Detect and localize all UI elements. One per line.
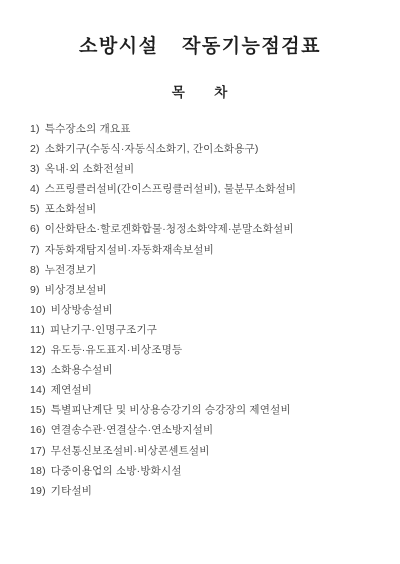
toc-item: 16)연결송수관·연결살수·연소방지설비 <box>30 420 400 440</box>
document-title: 소방시설 작동기능점검표 <box>0 0 400 58</box>
toc-item-number: 11) <box>30 320 45 340</box>
toc-item: 12)유도등·유도표지·비상조명등 <box>30 340 400 360</box>
toc-item-number: 15) <box>30 400 46 420</box>
toc-item-label: 피난기구·인명구조기구 <box>50 324 157 336</box>
toc-item: 2)소화기구(수동식·자동식소화기, 간이소화용구) <box>30 139 400 159</box>
toc-item-label: 다중이용업의 소방·방화시설 <box>51 465 182 477</box>
toc-item-number: 17) <box>30 441 46 461</box>
document-page: 소방시설 작동기능점검표 목 차 1)특수장소의 개요표 2)소화기구(수동식·… <box>0 0 400 564</box>
toc-item: 8)누전경보기 <box>30 260 400 280</box>
toc-item: 19)기타설비 <box>30 481 400 501</box>
toc-item-label: 특별피난계단 및 비상용승강기의 승강장의 제연설비 <box>51 404 291 416</box>
toc-item-number: 19) <box>30 481 46 501</box>
toc-item-number: 12) <box>30 340 46 360</box>
toc-item-number: 16) <box>30 420 46 440</box>
toc-item-number: 6) <box>30 219 40 239</box>
toc-item: 17)무선통신보조설비·비상콘센트설비 <box>30 441 400 461</box>
toc-item-label: 이산화탄소·할로겐화합물·청정소화약제·분말소화설비 <box>45 223 294 235</box>
toc-item-label: 소화용수설비 <box>51 364 113 376</box>
toc-item-number: 1) <box>30 119 40 139</box>
toc-item-number: 5) <box>30 199 40 219</box>
toc-item-number: 7) <box>30 240 40 260</box>
toc-item-label: 무선통신보조설비·비상콘센트설비 <box>51 445 210 457</box>
toc-item-number: 13) <box>30 360 46 380</box>
toc-item: 11)피난기구·인명구조기구 <box>30 320 400 340</box>
toc-item-label: 옥내·외 소화전설비 <box>45 163 135 175</box>
toc-item: 10)비상방송설비 <box>30 300 400 320</box>
toc-item-number: 14) <box>30 380 46 400</box>
toc-item: 14)제연설비 <box>30 380 400 400</box>
toc-item: 5)포소화설비 <box>30 199 400 219</box>
toc-item-label: 소화기구(수동식·자동식소화기, 간이소화용구) <box>45 143 259 155</box>
toc-item: 18)다중이용업의 소방·방화시설 <box>30 461 400 481</box>
toc-item-number: 18) <box>30 461 46 481</box>
toc-item: 1)특수장소의 개요표 <box>30 119 400 139</box>
toc-item-label: 특수장소의 개요표 <box>45 123 131 135</box>
toc-item-number: 2) <box>30 139 40 159</box>
toc-item: 15)특별피난계단 및 비상용승강기의 승강장의 제연설비 <box>30 400 400 420</box>
toc-item-label: 유도등·유도표지·비상조명등 <box>51 344 183 356</box>
toc-item: 6)이산화탄소·할로겐화합물·청정소화약제·분말소화설비 <box>30 219 400 239</box>
toc-item: 13)소화용수설비 <box>30 360 400 380</box>
toc-item-label: 기타설비 <box>51 485 92 497</box>
toc-item-label: 포소화설비 <box>45 203 97 215</box>
toc-list: 1)특수장소의 개요표 2)소화기구(수동식·자동식소화기, 간이소화용구) 3… <box>0 119 400 501</box>
toc-item-label: 자동화재탐지설비·자동화재속보설비 <box>45 244 214 256</box>
toc-item: 4)스프링클러설비(간이스프링클러설비), 물분무소화설비 <box>30 179 400 199</box>
toc-item-label: 연결송수관·연결살수·연소방지설비 <box>51 424 214 436</box>
toc-item: 7)자동화재탐지설비·자동화재속보설비 <box>30 240 400 260</box>
toc-item-number: 9) <box>30 280 40 300</box>
toc-item: 3)옥내·외 소화전설비 <box>30 159 400 179</box>
toc-item-label: 누전경보기 <box>45 264 97 276</box>
toc-heading: 목 차 <box>0 85 400 100</box>
toc-item-number: 10) <box>30 300 46 320</box>
toc-item: 9)비상경보설비 <box>30 280 400 300</box>
toc-item-label: 비상경보설비 <box>45 284 107 296</box>
toc-item-number: 8) <box>30 260 40 280</box>
toc-item-label: 제연설비 <box>51 384 92 396</box>
toc-item-number: 3) <box>30 159 40 179</box>
toc-item-label: 스프링클러설비(간이스프링클러설비), 물분무소화설비 <box>45 183 297 195</box>
toc-item-label: 비상방송설비 <box>51 304 113 316</box>
toc-item-number: 4) <box>30 179 40 199</box>
